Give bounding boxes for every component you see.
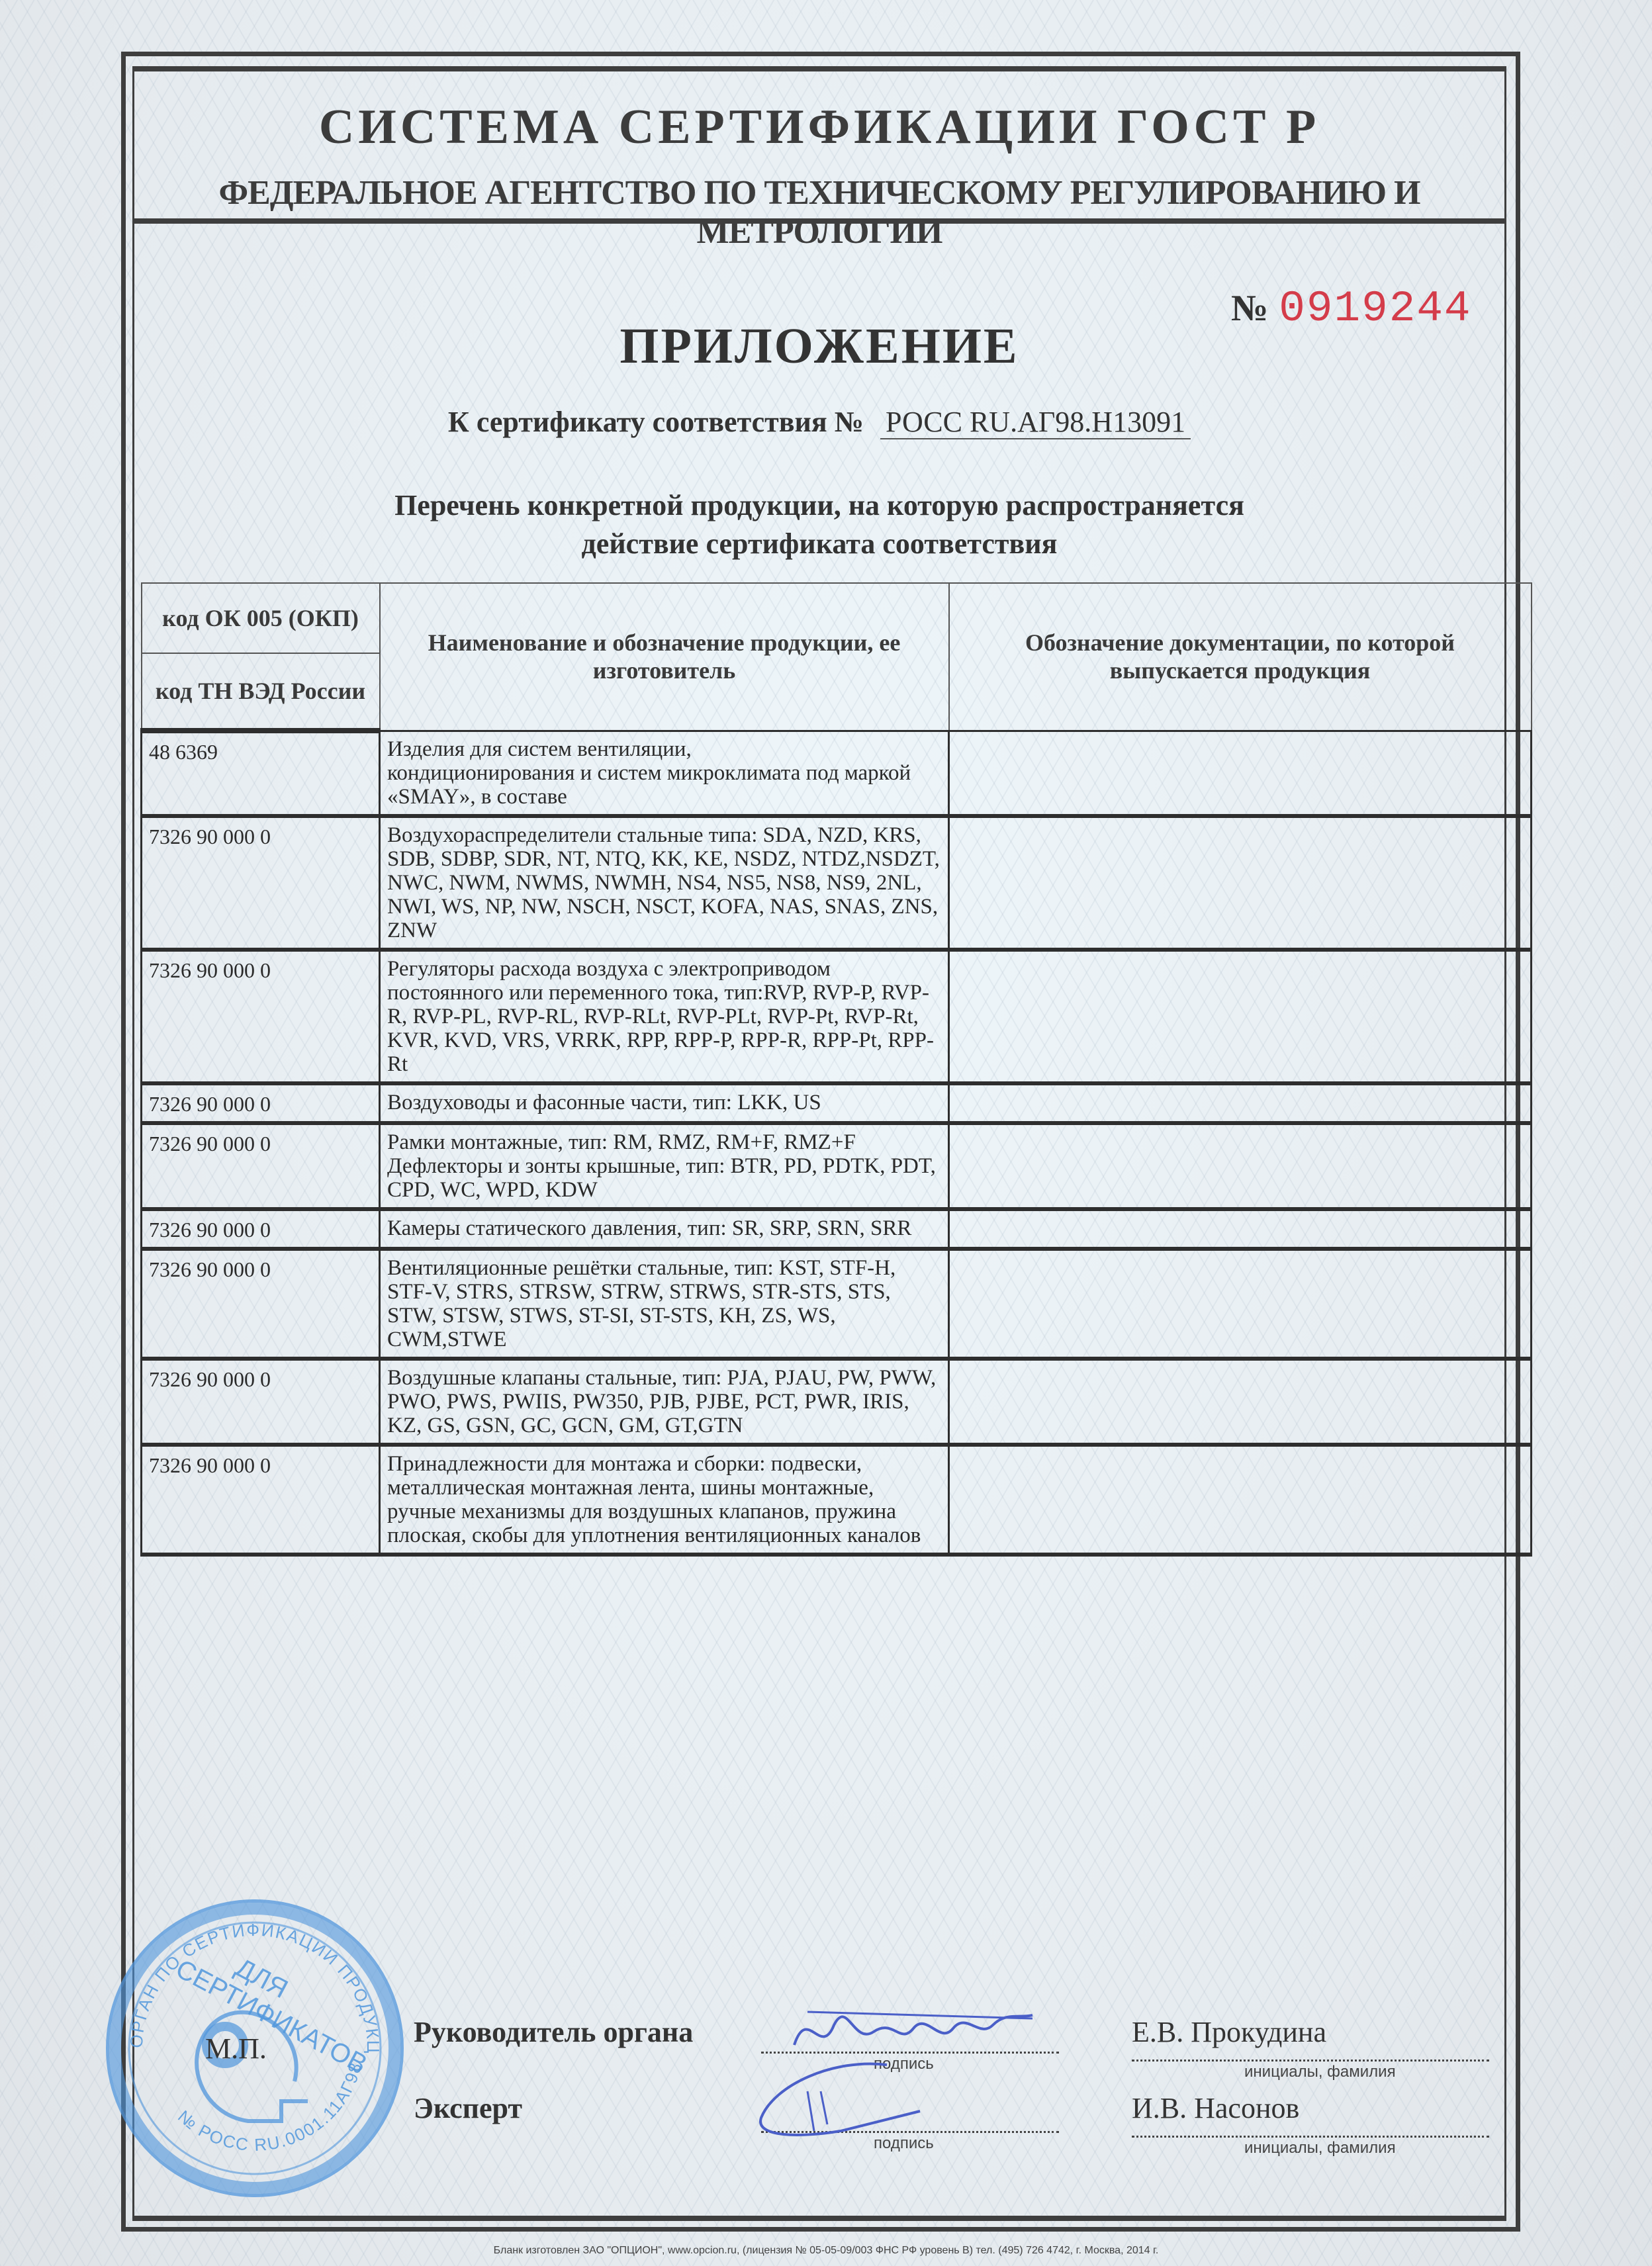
row-description: Регуляторы расхода воздуха с электроприв…: [380, 950, 949, 1083]
head-name: Е.В. Прокудина: [1132, 2015, 1326, 2049]
expert-role-label: Эксперт: [414, 2091, 522, 2125]
federal-agency-title: ФЕДЕРАЛЬНОЕ АГЕНТСТВО ПО ТЕХНИЧЕСКОМУ РЕ…: [132, 173, 1506, 251]
table-row: 7326 90 000 0Воздушные клапаны стальные,…: [142, 1359, 1532, 1445]
table-row: 7326 90 000 0Воздухораспределители сталь…: [142, 816, 1532, 950]
head-name-line: [1132, 2060, 1489, 2062]
row-documentation: [949, 1123, 1532, 1209]
row-documentation: [949, 950, 1532, 1083]
row-documentation: [949, 816, 1532, 950]
row-documentation: [949, 1445, 1532, 1555]
certificate-reference-label: К сертификату соответствия №: [448, 406, 864, 438]
row-description: Воздуховоды и фасонные части, тип: LKK, …: [380, 1083, 949, 1123]
header-divider: [132, 218, 1506, 224]
printer-footer-note: Бланк изготовлен ЗАО "ОПЦИОН", www.opcio…: [0, 2245, 1652, 2257]
table-row: 7326 90 000 0Принадлежности для монтажа …: [142, 1445, 1532, 1555]
row-description: Принадлежности для монтажа и сборки: под…: [380, 1445, 949, 1555]
row-code: 7326 90 000 0: [142, 950, 380, 1083]
table-row: 7326 90 000 0Регуляторы расхода воздуха …: [142, 950, 1532, 1083]
row-documentation: [949, 1083, 1532, 1123]
certification-system-title: СИСТЕМА СЕРТИФИКАЦИИ ГОСТ Р: [132, 99, 1506, 156]
table-row: 7326 90 000 0Камеры статического давлени…: [142, 1209, 1532, 1249]
row-code: 7326 90 000 0: [142, 1083, 380, 1123]
document-subtitle: Перечень конкретной продукции, на котору…: [132, 486, 1506, 563]
head-name-caption: инициалы, фамилия: [1244, 2063, 1396, 2081]
row-code: 7326 90 000 0: [142, 1359, 380, 1445]
certificate-reference: К сертификату соответствия № РОСС RU.АГ9…: [132, 405, 1506, 439]
products-table: код ОК 005 (ОКП) Наименование и обозначе…: [140, 582, 1530, 1557]
row-documentation: [949, 731, 1532, 816]
table-row: 7326 90 000 0Вентиляционные решётки стал…: [142, 1249, 1532, 1359]
svg-text:№ РОСС RU.0001.11АГ98: № РОСС RU.0001.11АГ98: [174, 2060, 366, 2155]
row-description: Изделия для систем вентиляции, кондицион…: [380, 731, 949, 816]
row-description: Вентиляционные решётки стальные, тип: KS…: [380, 1249, 949, 1359]
header-tn-ved-code: код ТН ВЭД России: [142, 653, 380, 731]
row-code: 7326 90 000 0: [142, 1249, 380, 1359]
expert-name-line: [1132, 2136, 1489, 2138]
row-documentation: [949, 1359, 1532, 1445]
row-code: 7326 90 000 0: [142, 1209, 380, 1249]
seal-placeholder-label: М.П.: [205, 2032, 267, 2065]
subtitle-line-2: действие сертификата соответствия: [132, 525, 1506, 563]
certificate-reference-number: РОСС RU.АГ98.Н13091: [880, 406, 1191, 439]
row-documentation: [949, 1249, 1532, 1359]
head-signature-scribble: [781, 1999, 1059, 2065]
row-code: 7326 90 000 0: [142, 1445, 380, 1555]
table-row: 7326 90 000 0Воздуховоды и фасонные част…: [142, 1083, 1532, 1123]
row-description: Воздушные клапаны стальные, тип: PJA, PJ…: [380, 1359, 949, 1445]
table-row: 7326 90 000 0Рамки монтажные, тип: RM, R…: [142, 1123, 1532, 1209]
document-title: ПРИЛОЖЕНИЕ: [132, 318, 1506, 375]
header-okp-code: код ОК 005 (ОКП): [142, 583, 380, 653]
row-documentation: [949, 1209, 1532, 1249]
row-code: 7326 90 000 0: [142, 1123, 380, 1209]
row-code: 7326 90 000 0: [142, 816, 380, 950]
row-description: Рамки монтажные, тип: RM, RMZ, RM+F, RMZ…: [380, 1123, 949, 1209]
table-body: 48 6369Изделия для систем вентиляции, ко…: [142, 731, 1532, 1555]
expert-name: И.В. Насонов: [1132, 2091, 1299, 2125]
head-role-label: Руководитель органа: [414, 2015, 693, 2049]
expert-name-caption: инициалы, фамилия: [1244, 2139, 1396, 2157]
row-description: Камеры статического давления, тип: SR, S…: [380, 1209, 949, 1249]
stamp-ring-text-bottom: № РОСС RU.0001.11АГ98: [174, 2060, 366, 2155]
subtitle-line-1: Перечень конкретной продукции, на котору…: [132, 486, 1506, 525]
expert-signature-scribble: [735, 2058, 933, 2144]
row-code: 48 6369: [142, 731, 380, 816]
table-row: 48 6369Изделия для систем вентиляции, ко…: [142, 731, 1532, 816]
header-product-name: Наименование и обозначение продукции, ее…: [380, 583, 949, 731]
row-description: Воздухораспределители стальные типа: SDA…: [380, 816, 949, 950]
header-documentation: Обозначение документации, по которой вып…: [949, 583, 1532, 731]
